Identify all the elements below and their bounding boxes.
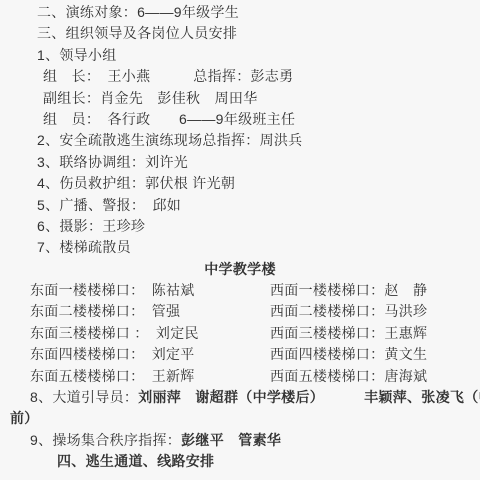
line-road-guides-wrap: 前） [0, 408, 480, 429]
stair-east-floor2: 东面二楼楼梯口： 管强 [0, 301, 270, 322]
stair-west-floor5: 西面五楼楼梯口：唐海斌 [270, 366, 427, 387]
stair-west-floor3: 西面三楼楼梯口：王惠辉 [270, 323, 427, 344]
line-liaison-group: 3、联络协调组：刘许光 [0, 152, 480, 173]
stair-row-floor3: 东面三楼楼梯口 ： 刘定民 西面三楼楼梯口：王惠辉 [0, 323, 480, 344]
stair-east-floor4: 东面四楼楼梯口： 刘定平 [0, 344, 270, 365]
line-drill-target: 二、演练对象：6——9年级学生 [0, 2, 480, 23]
line-rescue-group: 4、伤员救护组：郭伏根 许光朝 [0, 173, 480, 194]
line-group-members: 组 员： 各行政 6——9年级班主任 [0, 109, 480, 130]
line-section4-header: 四、逃生通道、线路安排 [0, 451, 480, 472]
line-site-commander: 2、安全疏散逃生演练现场总指挥：周洪兵 [0, 130, 480, 151]
line-broadcast-alarm: 5、广播、警报： 邱如 [0, 195, 480, 216]
evacuation-plan-document: 二、演练对象：6——9年级学生 三、组织领导及各岗位人员安排 1、领导小组 组 … [0, 0, 480, 473]
line-road-guides: 8、大道引导员：刘丽萍 谢超群（中学楼后）丰颖萍、张凌飞（中学楼 [0, 387, 480, 408]
stair-row-floor2: 东面二楼楼梯口： 管强 西面二楼楼梯口：马洪珍 [0, 301, 480, 322]
line-group-leader: 组 长： 王小燕 总指挥：彭志勇 [0, 66, 480, 87]
playground-order-label: 9、操场集合秩序指挥： [30, 432, 181, 448]
line-stair-marshals-header: 7、楼梯疏散员 [0, 237, 480, 258]
playground-order-names: 彭继平 管素华 [181, 432, 281, 448]
line-photography: 6、摄影：王珍珍 [0, 216, 480, 237]
building-title: 中学教学楼 [0, 259, 480, 280]
stair-west-floor2: 西面二楼楼梯口：马洪珍 [270, 301, 427, 322]
line-leader-group-header: 1、领导小组 [0, 45, 480, 66]
stair-west-floor1: 西面一楼楼梯口：赵 静 [270, 280, 427, 301]
stair-east-floor3: 东面三楼楼梯口 ： 刘定民 [0, 323, 270, 344]
road-guides-label: 8、大道引导员： [30, 389, 138, 405]
line-deputy-leaders: 副组长：肖金先 彭佳秋 周田华 [0, 88, 480, 109]
line-playground-order: 9、操场集合秩序指挥：彭继平 管素华 [0, 430, 480, 451]
stair-west-floor4: 西面四楼楼梯口：黄文生 [270, 344, 427, 365]
road-guides-front-names: 丰颖萍、张凌飞（中学楼 [364, 389, 480, 405]
line-org-header: 三、组织领导及各岗位人员安排 [0, 23, 480, 44]
stair-row-floor1: 东面一楼楼梯口： 陈祜斌 西面一楼楼梯口：赵 静 [0, 280, 480, 301]
stair-row-floor4: 东面四楼楼梯口： 刘定平 西面四楼楼梯口：黄文生 [0, 344, 480, 365]
road-guides-rear-names: 刘丽萍 谢超群（中学楼后） [138, 389, 324, 405]
stair-east-floor5: 东面五楼楼梯口： 王新辉 [0, 366, 270, 387]
stair-row-floor5: 东面五楼楼梯口： 王新辉 西面五楼楼梯口：唐海斌 [0, 366, 480, 387]
stair-east-floor1: 东面一楼楼梯口： 陈祜斌 [0, 280, 270, 301]
